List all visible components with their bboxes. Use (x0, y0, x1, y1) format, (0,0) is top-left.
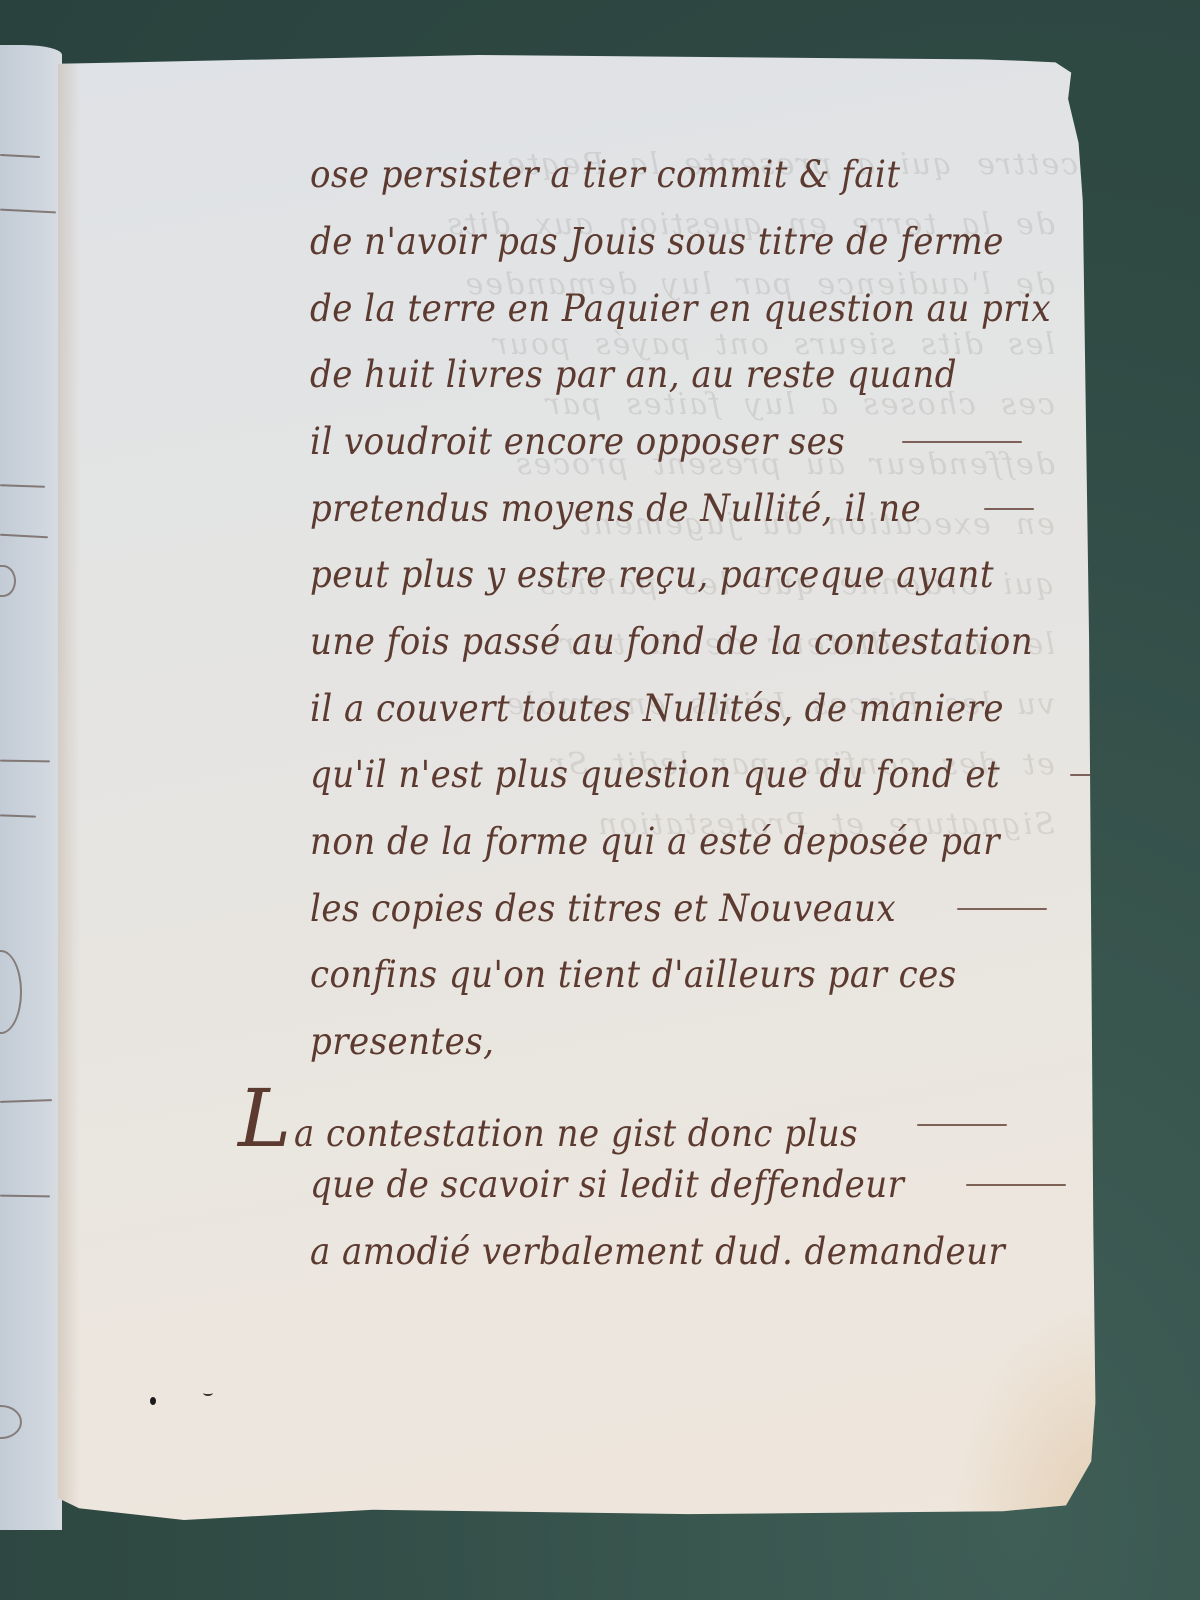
ink-stroke (0, 760, 50, 763)
manuscript-line-4: de huit livres par an, au reste quand (310, 353, 1013, 396)
ink-loop (0, 565, 16, 597)
line-filler-dash (1070, 774, 1160, 776)
ink-stroke (0, 209, 56, 214)
ink-stroke (0, 1195, 50, 1198)
ink-loop (0, 950, 22, 1034)
manuscript-line-12: les copies des titres et Nouveaux (310, 887, 1047, 930)
manuscript-line-1: ose persister a tier commit & fait (310, 153, 962, 196)
ink-blot (150, 1397, 156, 1405)
manuscript-line-15: L a contestation ne gist donc plus (238, 1095, 1007, 1155)
line-filler-dash (902, 441, 1022, 443)
manuscript-line-6: pretendus moyens de Nullité, il ne (310, 487, 1034, 530)
previous-page-edge (0, 45, 62, 1530)
manuscript-line-9: il a couvert toutes Nullités, de maniere (310, 687, 1064, 730)
line-filler-dash (984, 508, 1034, 510)
ink-stroke (0, 534, 48, 539)
manuscript-line-11: non de la forme qui a esté deposée par (310, 820, 1060, 863)
manuscript-line-3: de la terre en Paquier en question au pr… (310, 287, 1115, 330)
ink-stroke (0, 154, 40, 158)
ink-stroke (0, 484, 45, 488)
decorative-initial: L (238, 1095, 292, 1143)
ink-loop (0, 1405, 22, 1439)
line-filler-dash (917, 1124, 1007, 1126)
manuscript-line-5: il voudroit encore opposer ses (310, 420, 1022, 463)
manuscript-line-7: peut plus y estre reçu, parceque ayant (310, 553, 1054, 596)
ink-stroke (0, 814, 36, 817)
manuscript-page: cettre qui a presente la Reqte de la ter… (58, 55, 1108, 1520)
line-filler-dash (1106, 641, 1126, 643)
manuscript-line-10: qu'il n'est plus question que du fond et (310, 753, 1160, 796)
ink-mark (203, 1390, 213, 1396)
manuscript-line-16: que de scavoir si ledit deffendeur (310, 1163, 1066, 1206)
manuscript-line-2: de n'avoir pas Jouis sous titre de ferme (310, 220, 1064, 263)
manuscript-line-14: presentes, (310, 1020, 511, 1063)
manuscript-line-17: a amodié verbalement dud. demandeur (310, 1230, 1066, 1273)
manuscript-line-8: une fois passé au fond de la contestatio… (310, 620, 1126, 663)
ink-stroke (0, 1099, 52, 1103)
line-filler-dash (957, 908, 1047, 910)
manuscript-line-13: confins qu'on tient d'ailleurs par ces (310, 953, 1013, 996)
line-filler-dash (966, 1184, 1066, 1186)
